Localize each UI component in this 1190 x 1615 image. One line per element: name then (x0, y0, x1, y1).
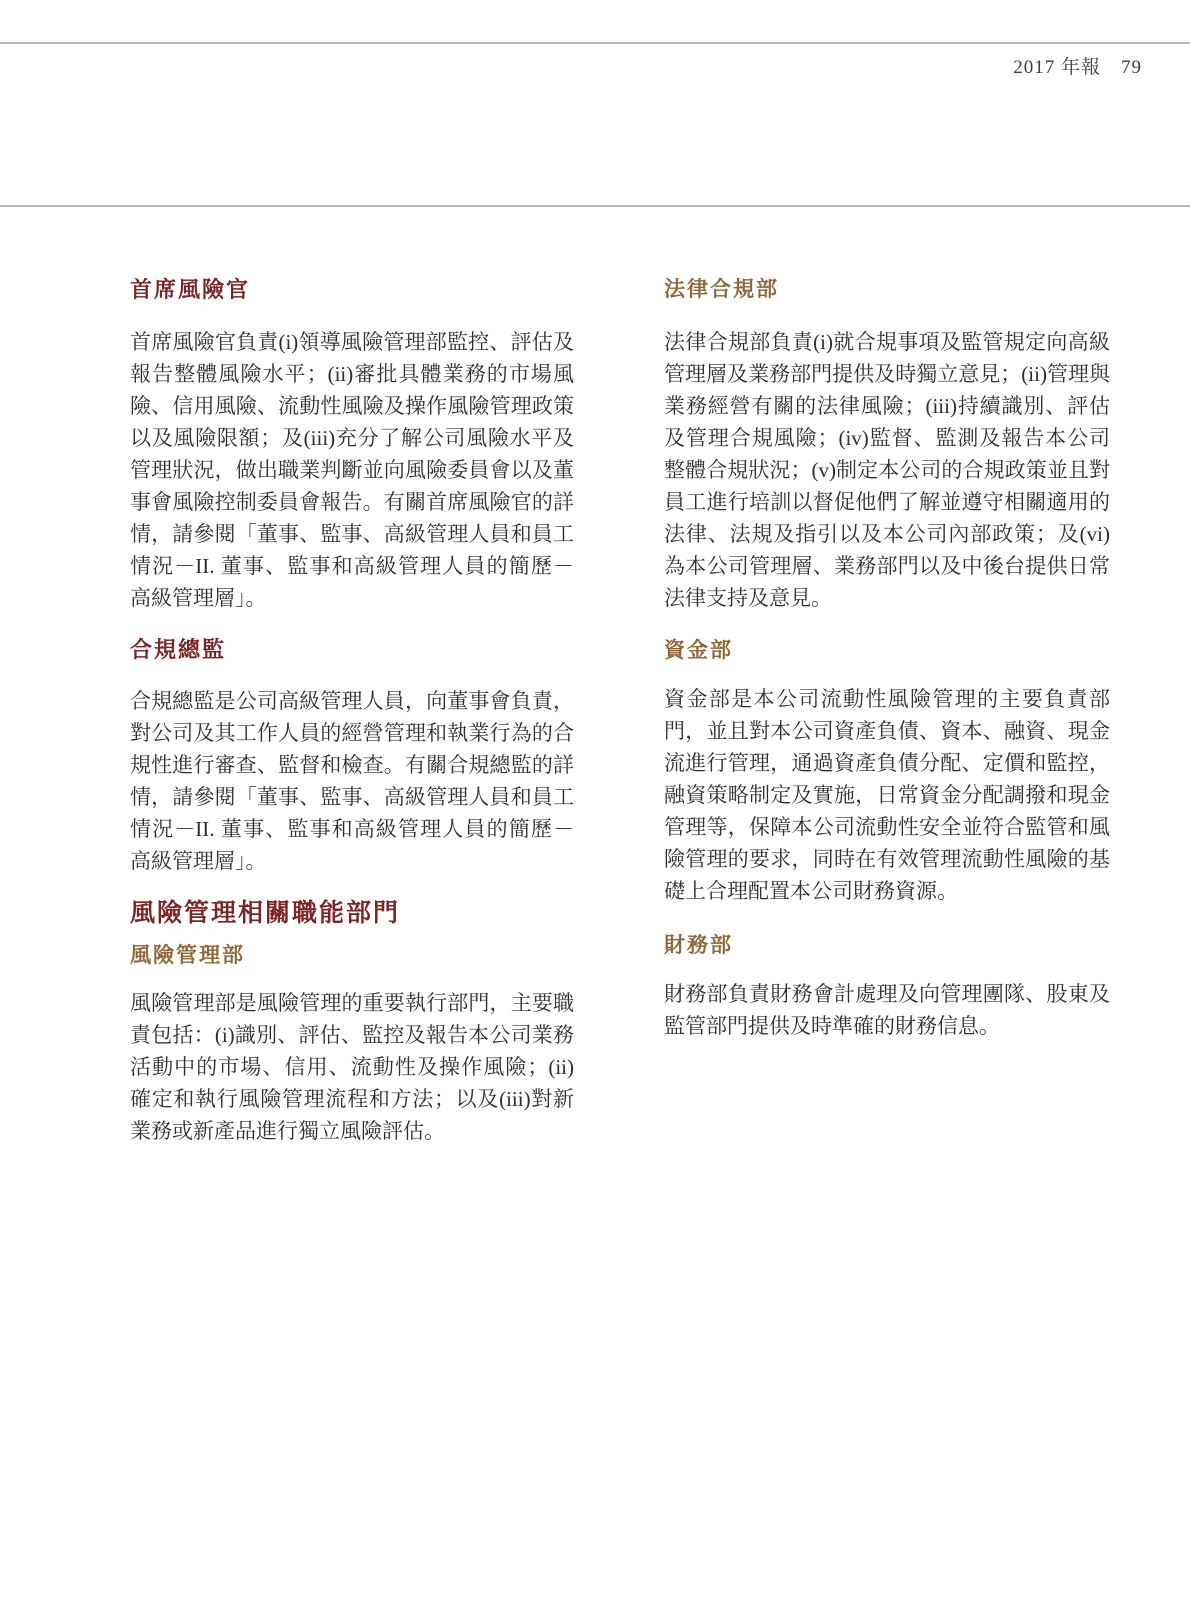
section-compliance-director: 合規總監 合規總監是公司高級管理人員，向董事會負責，對公司及其工作人員的經營管理… (130, 639, 574, 877)
report-title: 2017 年報 (1013, 52, 1101, 79)
paragraph-legal-compliance-dept: 法律合規部負責(i)就合規事項及監管規定向高級管理層及業務部門提供及時獨立意見；… (664, 326, 1110, 614)
column-right: 法律合規部 法律合規部負責(i)就合規事項及監管規定向高級管理層及業務部門提供及… (664, 279, 1110, 1042)
header-rule-top (0, 42, 1190, 44)
paragraph-finance-dept: 財務部負責財務會計處理及向管理團隊、股東及監管部門提供及時準確的財務信息。 (664, 978, 1110, 1042)
section-chief-risk-officer: 首席風險官 首席風險官負責(i)領導風險管理部監控、評估及報告整體風險水平；(i… (130, 279, 574, 614)
paragraph-risk-management-dept: 風險管理部是風險管理的重要執行部門，主要職責包括：(i)識別、評估、監控及報告本… (130, 987, 574, 1147)
section-treasury-dept: 資金部 資金部是本公司流動性風險管理的主要負責部門，並且對本公司資產負債、資本、… (664, 640, 1110, 907)
column-left: 首席風險官 首席風險官負責(i)領導風險管理部監控、評估及報告整體風險水平；(i… (130, 279, 574, 1147)
page-number: 79 (1121, 57, 1142, 79)
document-page: 2017 年報 79 首席風險官 首席風險官負責(i)領導風險管理部監控、評估及… (0, 0, 1190, 1615)
section-risk-management-dept: 風險管理部 風險管理部是風險管理的重要執行部門，主要職責包括：(i)識別、評估、… (130, 945, 574, 1147)
heading-compliance-director: 合規總監 (130, 639, 574, 661)
heading-finance-dept: 財務部 (664, 935, 1110, 956)
heading-legal-compliance-dept: 法律合規部 (664, 279, 1110, 300)
heading-chief-risk-officer: 首席風險官 (130, 279, 574, 301)
section-finance-dept: 財務部 財務部負責財務會計處理及向管理團隊、股東及監管部門提供及時準確的財務信息… (664, 935, 1110, 1042)
section-risk-related-functions: 風險管理相關職能部門 (130, 901, 574, 926)
heading-risk-management-dept: 風險管理部 (130, 945, 574, 966)
section-legal-compliance-dept: 法律合規部 法律合規部負責(i)就合規事項及監管規定向高級管理層及業務部門提供及… (664, 279, 1110, 614)
page-header: 2017 年報 79 (1013, 52, 1142, 79)
header-rule-bottom (0, 205, 1190, 207)
paragraph-chief-risk-officer: 首席風險官負責(i)領導風險管理部監控、評估及報告整體風險水平；(ii)審批具體… (130, 326, 574, 614)
heading-risk-related-functions: 風險管理相關職能部門 (130, 901, 574, 926)
paragraph-compliance-director: 合規總監是公司高級管理人員，向董事會負責，對公司及其工作人員的經營管理和執業行為… (130, 685, 574, 877)
heading-treasury-dept: 資金部 (664, 640, 1110, 661)
paragraph-treasury-dept: 資金部是本公司流動性風險管理的主要負責部門，並且對本公司資產負債、資本、融資、現… (664, 683, 1110, 907)
